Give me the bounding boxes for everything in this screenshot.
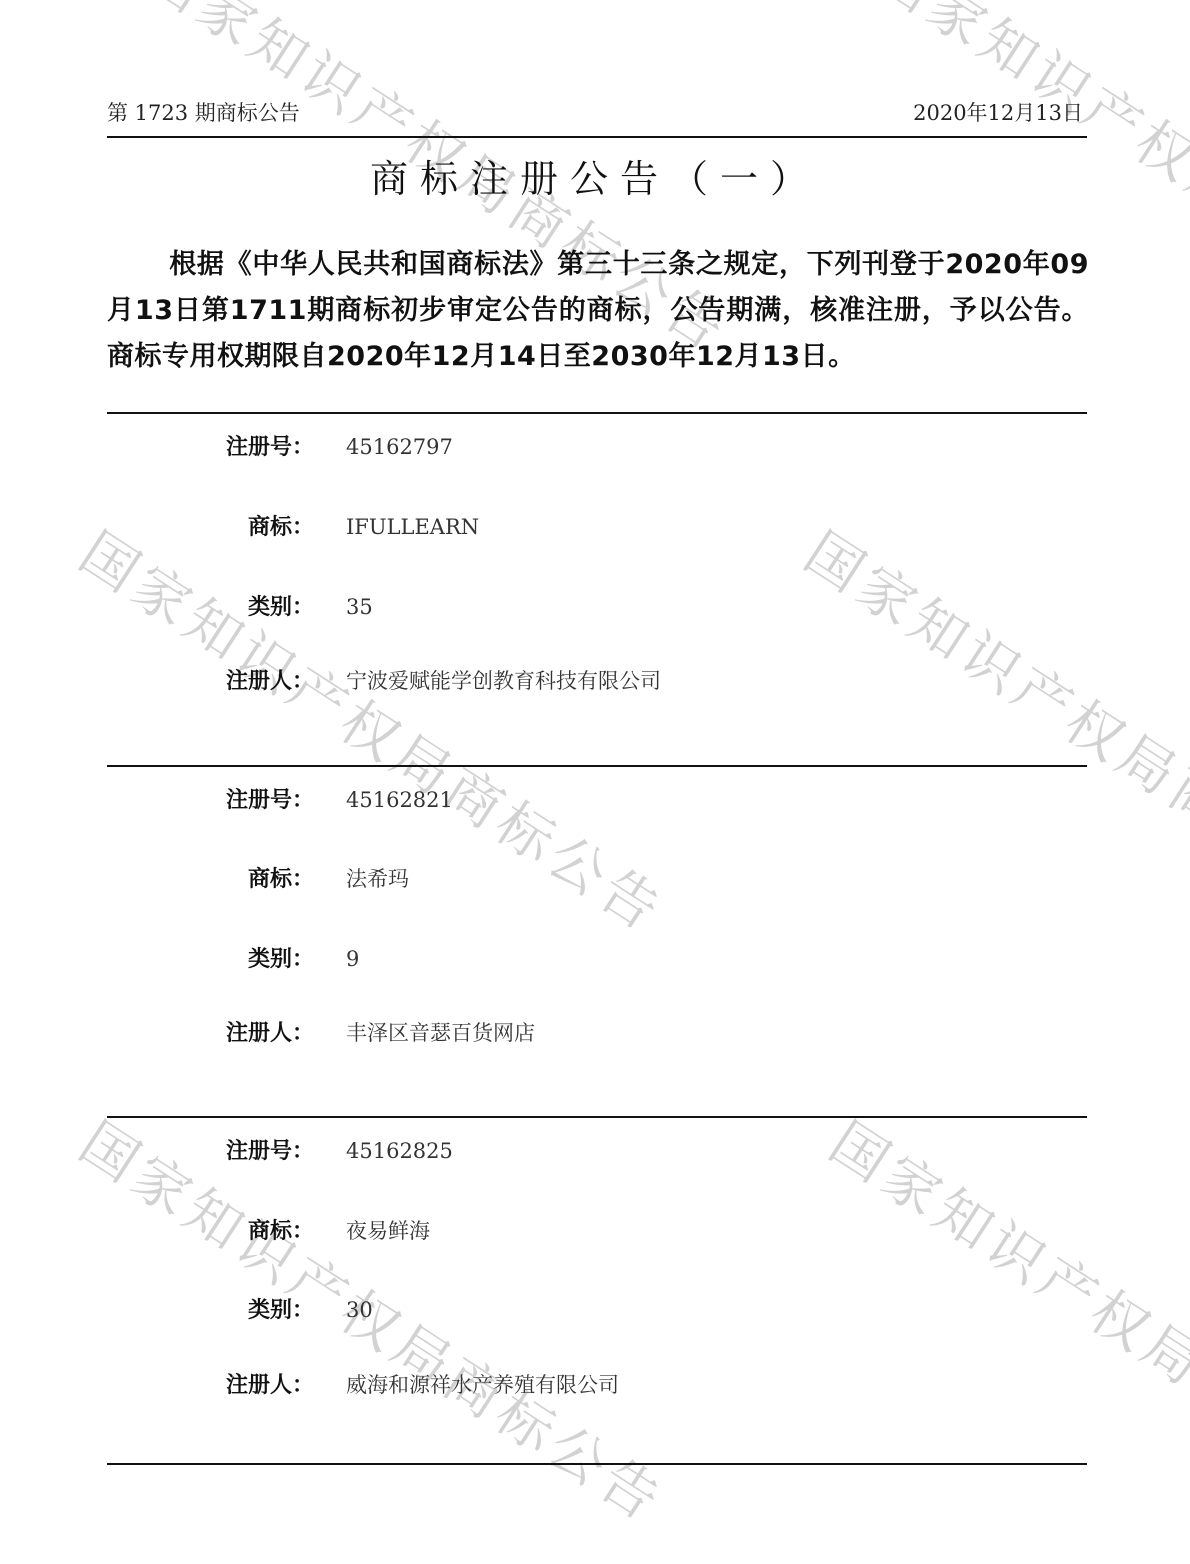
registrant-label: 注册人：: [105, 664, 320, 695]
mark-value: 法希玛: [346, 863, 409, 893]
mark-value: 夜易鲜海: [346, 1215, 430, 1245]
registrant-value: 丰泽区音瑟百货网店: [346, 1017, 535, 1047]
page-title: 商标注册公告（一）: [0, 148, 1190, 203]
mark-label: 商标：: [105, 1214, 320, 1245]
reg-no-value: 45162825: [346, 1139, 453, 1163]
entry-3-registrant: 注册人： 威海和源祥水产养殖有限公司: [105, 1368, 619, 1399]
class-label: 类别：: [105, 590, 320, 621]
entry-1-registrant: 注册人： 宁波爱赋能学创教育科技有限公司: [105, 664, 661, 695]
issue-number: 第 1723 期商标公告: [107, 97, 300, 127]
class-value: 9: [346, 947, 359, 971]
entry-1-mark: 商标： IFULLEARN: [105, 510, 479, 541]
header-divider: [107, 136, 1087, 138]
registrant-value: 宁波爱赋能学创教育科技有限公司: [346, 665, 661, 695]
mark-label: 商标：: [105, 510, 320, 541]
entry-2-class: 类别： 9: [105, 942, 359, 973]
class-label: 类别：: [105, 942, 320, 973]
intro-paragraph: 根据《中华人民共和国商标法》第三十三条之规定，下列刊登于2020年09月13日第…: [107, 242, 1089, 380]
mark-label: 商标：: [105, 862, 320, 893]
registrant-label: 注册人：: [105, 1368, 320, 1399]
entry-2-registrant: 注册人： 丰泽区音瑟百货网店: [105, 1016, 535, 1047]
entry-3-reg-no: 注册号： 45162825: [105, 1134, 453, 1165]
reg-no-value: 45162821: [346, 788, 453, 812]
mark-value: IFULLEARN: [346, 515, 479, 539]
watermark: 国家知识产权局商标公告: [816, 1100, 1190, 1539]
intro-text: 根据《中华人民共和国商标法》第三十三条之规定，下列刊登于2020年09月13日第…: [107, 249, 1089, 372]
section-divider: [107, 412, 1087, 414]
entry-2-reg-no: 注册号： 45162821: [105, 783, 453, 814]
entry-3-class: 类别： 30: [105, 1293, 373, 1324]
registrant-value: 威海和源祥水产养殖有限公司: [346, 1369, 619, 1399]
registrant-label: 注册人：: [105, 1016, 320, 1047]
reg-no-value: 45162797: [346, 435, 453, 459]
entry-1-reg-no: 注册号： 45162797: [105, 430, 453, 461]
section-divider: [107, 765, 1087, 767]
watermark: 国家知识产权局商标公告: [791, 510, 1190, 949]
section-divider: [107, 1116, 1087, 1118]
class-label: 类别：: [105, 1293, 320, 1324]
reg-no-label: 注册号：: [105, 430, 320, 461]
reg-no-label: 注册号：: [105, 783, 320, 814]
footer-divider: [107, 1463, 1087, 1465]
class-value: 30: [346, 1298, 373, 1322]
entry-3-mark: 商标： 夜易鲜海: [105, 1214, 430, 1245]
entry-2-mark: 商标： 法希玛: [105, 862, 409, 893]
class-value: 35: [346, 595, 373, 619]
publication-date: 2020年12月13日: [913, 97, 1083, 127]
reg-no-label: 注册号：: [105, 1134, 320, 1165]
entry-1-class: 类别： 35: [105, 590, 373, 621]
